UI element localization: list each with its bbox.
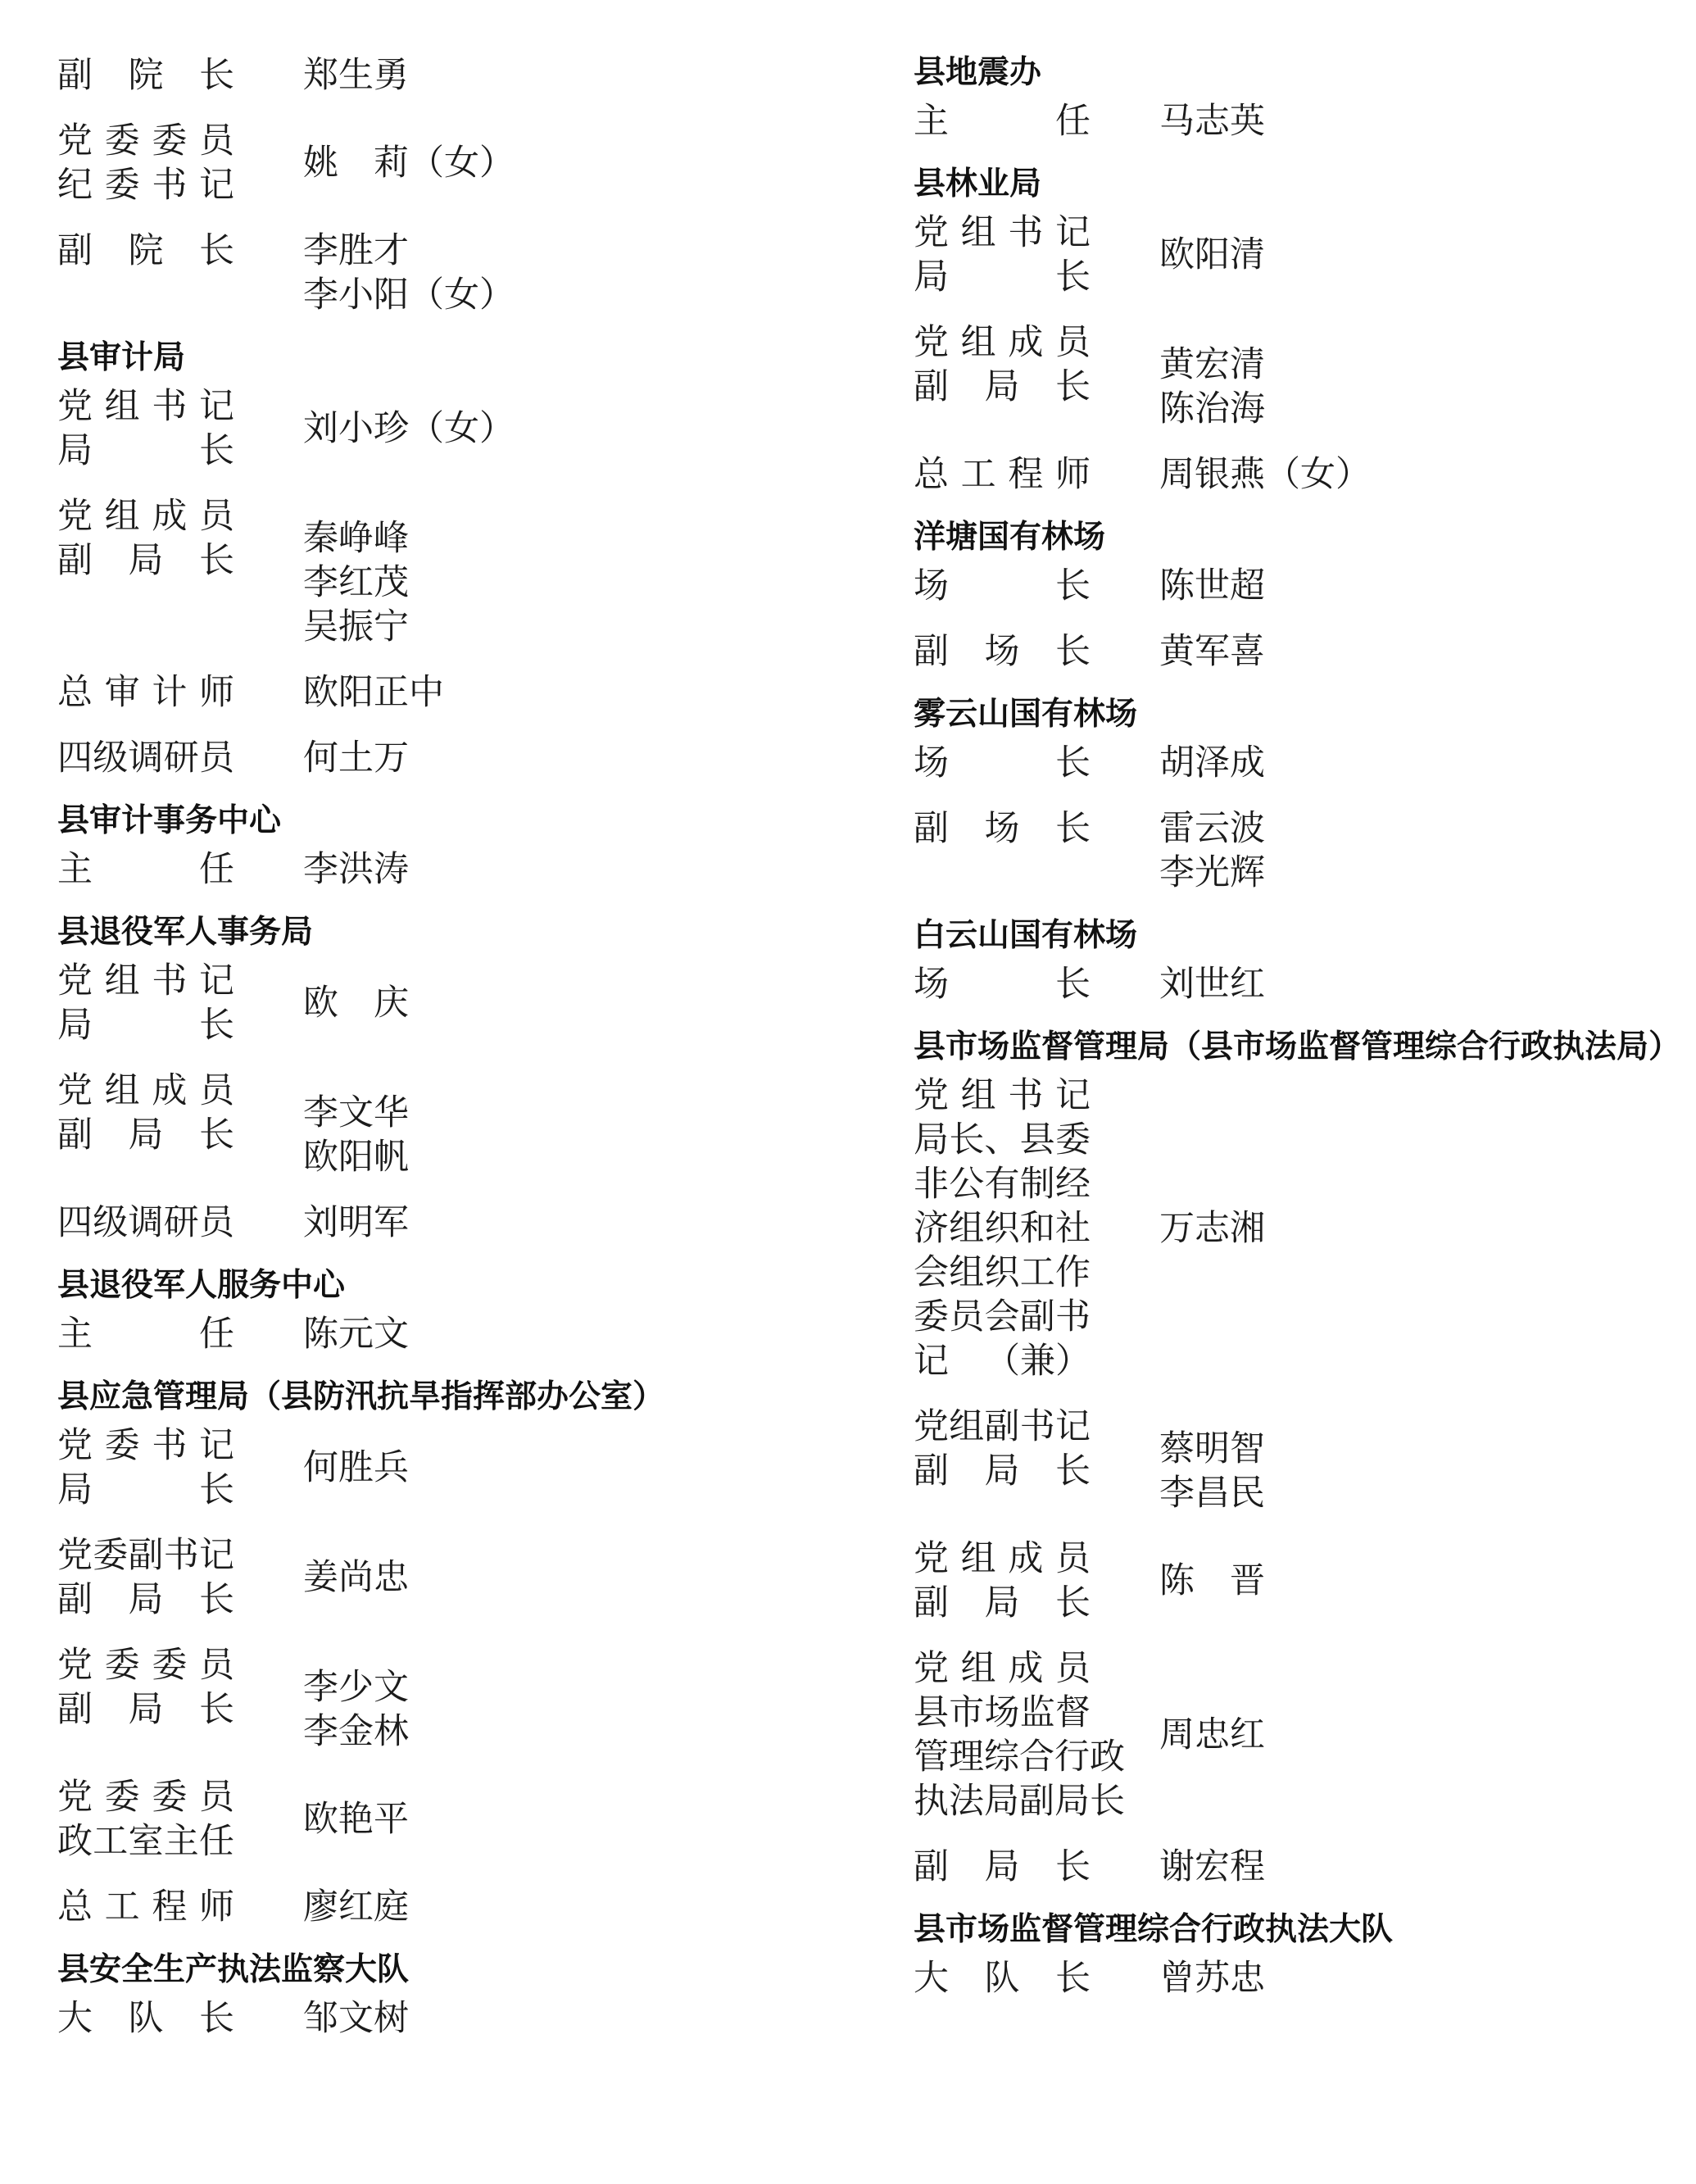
title-block: 总审计师 (57, 671, 234, 715)
person-name: 周忠红 (1159, 1714, 1265, 1758)
entry-row: 场长胡泽成 (914, 742, 1696, 786)
title-glyph-unit: 员 (1055, 1647, 1091, 1691)
title-glyph-unit: 师 (1055, 453, 1091, 497)
title-glyph-unit: 党 (57, 385, 93, 429)
title-line: 会组织工作 (914, 1251, 1091, 1296)
title-glyph-unit: 级 (93, 737, 128, 781)
title-glyph-unit: 局 (129, 1578, 164, 1623)
title-glyph-unit: 党 (914, 321, 949, 366)
title-glyph-unit: 调 (129, 737, 164, 781)
title-glyph-unit: 任 (199, 848, 234, 892)
title-glyph-unit: 院 (129, 54, 164, 98)
person-name: 陈 晋 (1159, 1560, 1265, 1604)
title-line: 场长 (914, 963, 1091, 1007)
person-name: 李光辉 (1159, 851, 1265, 896)
title-line: 四级调研员 (57, 1201, 234, 1246)
person-name: 李胜才 (303, 229, 515, 274)
org-header: 县地震办 (914, 54, 1696, 92)
title-glyph-unit: 公 (949, 1163, 984, 1207)
title-glyph-unit: 局 (57, 429, 93, 474)
person-name: 李红茂 (303, 561, 409, 606)
title-glyph-unit: 长 (1055, 565, 1091, 609)
person-name: 胡泽成 (1159, 742, 1265, 786)
title-glyph-unit: 制 (1020, 1163, 1055, 1207)
title-glyph-unit: 委 (152, 1776, 187, 1820)
title-glyph-unit: 局 (129, 539, 164, 583)
title-glyph-unit: 师 (199, 1886, 234, 1930)
title-line: 党组书记 (914, 211, 1091, 256)
org-header: 县市场监督管理局（县市场监督管理综合行政执法局） (914, 1028, 1696, 1066)
title-glyph-unit: 场 (985, 807, 1020, 851)
entry-row: 副院长李胜才李小阳（女） (57, 229, 856, 318)
title-glyph-unit: 长、 (949, 1119, 1019, 1163)
entry-row: 四级调研员刘明军 (57, 1201, 856, 1246)
title-line: 党组成员 (57, 1069, 234, 1114)
title-glyph-unit: 会 (985, 1296, 1020, 1340)
title-glyph-unit: 副 (57, 1578, 93, 1623)
name-block: 李洪涛 (303, 848, 409, 892)
person-name: 陈治海 (1159, 388, 1265, 432)
title-glyph-unit: 长 (199, 54, 234, 98)
title-glyph-unit: 成 (1008, 321, 1043, 366)
title-glyph-unit: 员 (199, 120, 234, 164)
title-line: 总审计师 (57, 671, 234, 715)
title-glyph-unit: 组 (961, 1074, 996, 1119)
title-glyph-unit: 主 (914, 100, 949, 144)
title-glyph-unit: 员 (199, 1776, 234, 1820)
title-glyph-unit: 记 (199, 164, 234, 208)
person-name: 欧阳正中 (303, 671, 444, 715)
name-block: 欧艳平 (303, 1798, 409, 1842)
entry-row: 党组成员副局长李文华欧阳帆 (57, 1069, 856, 1180)
title-glyph-unit: 员 (199, 737, 234, 781)
name-block: 周银燕（女） (1159, 453, 1371, 497)
title-glyph-unit: 局 (57, 1469, 93, 1513)
person-name: 邹文树 (303, 1997, 409, 2041)
title-glyph-unit: 副 (914, 807, 949, 851)
person-name: 秦峥峰 (303, 517, 409, 561)
title-glyph-unit: 委 (105, 164, 140, 208)
title-glyph-unit: 主 (57, 1313, 93, 1357)
title-glyph-unit: 副 (914, 366, 949, 410)
title-glyph-unit: 组 (949, 1405, 984, 1450)
entry-row: 副场长黄军喜 (914, 630, 1696, 674)
name-block: 胡泽成 (1159, 742, 1265, 786)
title-line: 执法局副局长 (914, 1780, 1091, 1824)
title-glyph-unit: 任 (199, 1820, 234, 1864)
title-glyph-unit: 员 (199, 1644, 234, 1688)
title-glyph-unit: 组 (105, 1069, 140, 1114)
title-glyph-unit: 大 (57, 1997, 93, 2041)
title-glyph-unit: 委 (105, 120, 140, 164)
title-glyph-unit: 党 (57, 960, 93, 1004)
title-block: 党组成员副局长 (914, 1537, 1091, 1626)
title-glyph-unit: 场 (914, 565, 949, 609)
title-glyph-unit: 组 (961, 211, 996, 256)
org-header: 洋塘国有林场 (914, 519, 1696, 556)
name-block: 黄军喜 (1159, 630, 1265, 674)
person-name: 欧阳清 (1159, 234, 1265, 278)
title-block: 副院长 (57, 54, 234, 98)
title-line: 副局长 (57, 1688, 234, 1732)
entry-row: 党委委员政工室主任欧艳平 (57, 1776, 856, 1864)
name-block: 李少文李金林 (303, 1666, 409, 1755)
person-name: 刘小珍（女） (303, 407, 515, 452)
title-glyph-unit: 员 (199, 1069, 234, 1114)
title-glyph-unit: 研 (164, 1201, 199, 1246)
title-glyph-unit: 政 (57, 1820, 93, 1864)
title-block: 副场长 (914, 807, 1091, 851)
title-glyph-unit: 织 (985, 1207, 1020, 1251)
person-name: 姚 莉（女） (303, 142, 515, 186)
title-line: 副局长 (57, 539, 234, 583)
title-line: 政工室主任 (57, 1820, 234, 1864)
title-glyph-unit: 局 (129, 1688, 164, 1732)
title-block: 主任 (57, 1313, 234, 1357)
entry-row: 总工程师周银燕（女） (914, 453, 1696, 497)
title-glyph-unit: 局 (129, 1114, 164, 1158)
title-glyph-unit: 委 (93, 1534, 128, 1578)
person-name: 陈世超 (1159, 565, 1265, 609)
entry-row: 党组成员副局长陈 晋 (914, 1537, 1696, 1626)
title-glyph-unit: 副 (914, 1582, 949, 1626)
org-header: 白云山国有林场 (914, 917, 1696, 955)
title-glyph-unit: 员 (199, 495, 234, 539)
title-glyph-unit: 局 (985, 366, 1020, 410)
title-glyph-unit: 局 (914, 256, 949, 300)
entry-row: 主任马志英 (914, 100, 1696, 144)
title-glyph-unit: 党 (57, 1776, 93, 1820)
title-line: 党组成员 (914, 1647, 1091, 1691)
title-line: 党组书记 (57, 960, 234, 1004)
person-name: 刘世红 (1159, 963, 1265, 1007)
title-block: 党委书记局长 (57, 1424, 234, 1513)
title-glyph-unit: 组 (949, 1251, 984, 1296)
title-glyph-unit: 记 (199, 960, 234, 1004)
title-glyph-unit: 任 (1055, 100, 1091, 144)
title-block: 党组副书记副局长 (914, 1405, 1091, 1494)
person-name: 谢宏程 (1159, 1846, 1265, 1890)
title-glyph-unit: 书 (152, 960, 187, 1004)
title-glyph-unit: 组 (105, 385, 140, 429)
title-glyph-unit: 委 (914, 1296, 949, 1340)
org-header: 县退役军人服务中心 (57, 1267, 856, 1305)
title-glyph-unit: 程 (1008, 453, 1043, 497)
title-line: 副院长 (57, 229, 234, 274)
name-block: 陈元文 (303, 1313, 409, 1357)
title-glyph-unit: 成 (1008, 1537, 1043, 1582)
entry-row: 党组书记局长、县委非公有制经济组织和社会组织工作委员会副书记（兼）万志湘 (914, 1074, 1696, 1384)
title-glyph-unit: 长 (1055, 1846, 1091, 1890)
title-glyph-unit: 记 (1055, 1074, 1091, 1119)
title-line: 主任 (57, 1313, 234, 1357)
title-block: 党委委员副局长 (57, 1644, 234, 1732)
title-glyph-unit: 副 (914, 1450, 949, 1494)
title-glyph-unit: 长 (1055, 256, 1091, 300)
title-line: 副局长 (914, 1582, 1091, 1626)
title-glyph-unit: 师 (199, 671, 234, 715)
title-line: 大队长 (914, 1957, 1091, 2001)
title-glyph-unit: 长 (199, 1469, 234, 1513)
name-block: 刘世红 (1159, 963, 1265, 1007)
entry-row: 党委委员纪委书记姚 莉（女） (57, 120, 856, 208)
title-block: 四级调研员 (57, 737, 234, 781)
title-glyph-unit: 局 (985, 1450, 1020, 1494)
title-glyph-unit: 书 (1020, 1405, 1055, 1450)
title-glyph-unit: 书 (1008, 211, 1043, 256)
name-block: 陈世超 (1159, 565, 1265, 609)
title-glyph-unit: 记 (199, 385, 234, 429)
title-glyph-unit: 长 (199, 539, 234, 583)
entry-row: 党组成员县市场监督管理综合行政执法局副局长周忠红 (914, 1647, 1696, 1824)
title-glyph-unit: 四 (57, 1201, 93, 1246)
title-block: 党组书记局长 (57, 960, 234, 1048)
title-line: 济组织和社 (914, 1207, 1091, 1251)
entry-row: 党组书记局长欧阳清 (914, 211, 1696, 300)
entry-row: 大队长曾苏忠 (914, 1957, 1696, 2001)
title-block: 党组成员副局长 (57, 495, 234, 583)
person-name: 欧 庆 (303, 982, 409, 1026)
directory-column-right: 县地震办主任马志英县林业局党组书记局长欧阳清党组成员副局长黄宏清陈治海总工程师周… (856, 54, 1696, 2184)
title-line: 记（兼） (914, 1340, 1091, 1384)
title-line: 局长、县委 (914, 1119, 1091, 1163)
title-glyph-unit: 记 (914, 1340, 949, 1384)
title-block: 党组书记局长、县委非公有制经济组织和社会组织工作委员会副书记（兼） (914, 1074, 1091, 1384)
title-line: 委员会副书 (914, 1296, 1091, 1340)
title-glyph-unit: 书 (1008, 1074, 1043, 1119)
title-glyph-unit: 研 (164, 737, 199, 781)
title-block: 总工程师 (57, 1886, 234, 1930)
title-glyph-unit: 党 (914, 1647, 949, 1691)
title-glyph-unit: 副 (985, 1405, 1020, 1450)
title-block: 总工程师 (914, 453, 1091, 497)
person-name: 马志英 (1159, 100, 1265, 144)
title-glyph-unit: 长 (1055, 630, 1091, 674)
title-glyph-unit: 记 (199, 1424, 234, 1469)
person-name: 刘明军 (303, 1201, 409, 1246)
directory-column-left: 副院长郑生勇党委委员纪委书记姚 莉（女）副院长李胜才李小阳（女）县审计局党组书记… (0, 54, 856, 2184)
name-block: 姜尚忠 (303, 1556, 409, 1601)
title-glyph-unit: 副 (57, 539, 93, 583)
title-glyph-unit: 书 (164, 1534, 199, 1578)
title-glyph-unit: 和 (1020, 1207, 1055, 1251)
title-line: 党组成员 (914, 321, 1091, 366)
title-glyph-unit: 书 (152, 1424, 187, 1469)
entry-row: 党组副书记副局长蔡明智李昌民 (914, 1405, 1696, 1516)
title-glyph-unit: 副 (57, 54, 93, 98)
title-glyph-unit: 会 (914, 1251, 949, 1296)
title-glyph-unit: 作 (1055, 1251, 1091, 1296)
person-name: 李洪涛 (303, 848, 409, 892)
entry-row: 副局长谢宏程 (914, 1846, 1696, 1890)
title-glyph-unit: 组 (961, 321, 996, 366)
name-block: 廖红庭 (303, 1886, 409, 1930)
title-glyph-unit: 副 (57, 1688, 93, 1732)
org-header: 县安全生产执法监察大队 (57, 1951, 856, 1989)
entry-row: 大队长邹文树 (57, 1997, 856, 2041)
name-block: 谢宏程 (1159, 1846, 1265, 1890)
title-glyph-unit: 长 (199, 429, 234, 474)
name-block: 欧 庆 (303, 982, 409, 1026)
title-block: 党组书记局长 (914, 211, 1091, 300)
title-glyph-unit: 成 (152, 495, 187, 539)
title-line: 总工程师 (914, 453, 1091, 497)
title-glyph-unit: 副 (129, 1534, 164, 1578)
title-line: 党委委员 (57, 1644, 234, 1688)
title-glyph-unit: 长 (1055, 1450, 1091, 1494)
title-glyph-unit: 委 (105, 1644, 140, 1688)
title-glyph-unit: 非 (914, 1163, 949, 1207)
title-glyph-unit: 工 (93, 1820, 128, 1864)
title-glyph-unit: 经 (1055, 1163, 1091, 1207)
title-glyph-unit: 党 (57, 495, 93, 539)
title-glyph-unit: 程 (152, 1886, 187, 1930)
title-line: 副场长 (914, 630, 1091, 674)
title-line: 党委书记 (57, 1424, 234, 1469)
title-glyph-unit: 长 (199, 1688, 234, 1732)
title-glyph-unit: 审 (105, 671, 140, 715)
name-block: 周忠红 (1159, 1714, 1265, 1758)
name-block: 欧阳清 (1159, 234, 1265, 278)
title-glyph-unit: 组 (105, 495, 140, 539)
person-name: 黄军喜 (1159, 630, 1265, 674)
title-line: 局长 (57, 1469, 234, 1513)
title-glyph-unit: 组 (961, 1537, 996, 1582)
title-block: 副局长 (914, 1846, 1091, 1890)
title-glyph-unit: 党 (57, 1069, 93, 1114)
title-glyph-unit: 组 (961, 1647, 996, 1691)
title-line: 党委委员 (57, 120, 234, 164)
title-line: 党组副书记 (914, 1405, 1091, 1450)
title-glyph-unit: 党 (57, 1424, 93, 1469)
entry-row: 党委副书记副局长姜尚忠 (57, 1534, 856, 1623)
entry-row: 主任陈元文 (57, 1313, 856, 1357)
person-name: 黄宏清 (1159, 343, 1265, 388)
person-name: 周银燕（女） (1159, 453, 1371, 497)
title-glyph-unit: 四 (57, 737, 93, 781)
title-glyph-unit: 记 (1055, 1405, 1091, 1450)
title-block: 党委副书记副局长 (57, 1534, 234, 1623)
title-line: 场长 (914, 742, 1091, 786)
title-line: 四级调研员 (57, 737, 234, 781)
title-block: 主任 (57, 848, 234, 892)
person-name: 曾苏忠 (1159, 1957, 1265, 2001)
title-glyph-unit: 总 (57, 671, 93, 715)
person-name: 李文华 (303, 1092, 409, 1136)
title-line: 总工程师 (57, 1886, 234, 1930)
title-glyph-unit: 总 (57, 1886, 93, 1930)
title-glyph-unit: 队 (129, 1997, 164, 2041)
org-header: 雾云山国有林场 (914, 696, 1696, 733)
title-glyph-unit: 社 (1055, 1207, 1091, 1251)
name-block: 蔡明智李昌民 (1159, 1428, 1265, 1516)
title-glyph-unit: 员 (1055, 1537, 1091, 1582)
title-line: 副局长 (914, 366, 1091, 410)
title-glyph-unit: 党 (914, 1537, 949, 1582)
title-line: 局长 (914, 256, 1091, 300)
title-glyph-unit: 工 (961, 453, 996, 497)
title-line: 大队长 (57, 1997, 234, 2041)
person-name: 李昌民 (1159, 1472, 1265, 1516)
title-glyph-unit: 副 (1020, 1296, 1055, 1340)
title-glyph-unit: 党 (57, 1534, 93, 1578)
title-glyph-unit: 长 (1055, 807, 1091, 851)
title-block: 党委委员政工室主任 (57, 1776, 234, 1864)
title-line: 党委副书记 (57, 1534, 234, 1578)
title-glyph-unit: 局 (57, 1004, 93, 1048)
title-block: 大队长 (914, 1957, 1091, 2001)
title-glyph-unit: 县 (1020, 1119, 1055, 1163)
title-line: 副局长 (57, 1578, 234, 1623)
entry-row: 党组成员副局长秦峥峰李红茂吴振宁 (57, 495, 856, 650)
title-glyph-unit: 成 (1008, 1647, 1043, 1691)
entry-row: 党组书记局长刘小珍（女） (57, 385, 856, 474)
person-name: 欧阳帆 (303, 1136, 409, 1180)
title-glyph-unit: 委 (105, 1424, 140, 1469)
entry-row: 总审计师欧阳正中 (57, 671, 856, 715)
personnel-directory-page: 副院长郑生勇党委委员纪委书记姚 莉（女）副院长李胜才李小阳（女）县审计局党组书记… (0, 0, 1696, 2184)
title-line: 非公有制经 (914, 1163, 1091, 1207)
org-header: 县林业局 (914, 166, 1696, 203)
entry-row: 总工程师廖红庭 (57, 1886, 856, 1930)
title-glyph-unit: 场 (985, 630, 1020, 674)
name-block: 刘明军 (303, 1201, 409, 1246)
title-glyph-unit: 局 (914, 1119, 949, 1163)
title-line: 党组成员 (914, 1537, 1091, 1582)
title-glyph-unit: 监 (1020, 1691, 1055, 1736)
title-line: 党组成员 (57, 495, 234, 539)
title-line: 党委委员 (57, 1776, 234, 1820)
title-line: 主任 (57, 848, 234, 892)
title-glyph-unit: 副 (914, 630, 949, 674)
name-block: 何土万 (303, 737, 409, 781)
person-name: 李金林 (303, 1710, 409, 1755)
entry-row: 副场长雷云波李光辉 (914, 807, 1696, 896)
person-name: 万志湘 (1159, 1207, 1265, 1251)
name-block: 李文华欧阳帆 (303, 1092, 409, 1180)
title-block: 副场长 (914, 630, 1091, 674)
title-glyph-unit: 长 (1055, 366, 1091, 410)
person-name: 陈元文 (303, 1313, 409, 1357)
title-glyph-unit: 工 (105, 1886, 140, 1930)
person-name: 何胜兵 (303, 1446, 409, 1491)
title-glyph-unit: 队 (985, 1957, 1020, 2001)
title-glyph-unit: 党 (914, 1405, 949, 1450)
name-block: 秦峥峰李红茂吴振宁 (303, 517, 409, 650)
org-header: 县市场监督管理综合行政执法大队 (914, 1911, 1696, 1949)
title-glyph-unit: 主 (57, 848, 93, 892)
entry-row: 主任李洪涛 (57, 848, 856, 892)
title-line: 局长 (57, 1004, 234, 1048)
title-glyph-unit: 员 (199, 1201, 234, 1246)
title-block: 场长 (914, 565, 1091, 609)
title-glyph-unit: 场 (914, 963, 949, 1007)
title-line: 管理综合行政 (914, 1736, 1091, 1780)
title-line: 副局长 (914, 1450, 1091, 1494)
org-header: 县应急管理局（县防汛抗旱指挥部办公室） (57, 1378, 856, 1416)
title-glyph-unit: 场 (914, 742, 949, 786)
title-glyph-unit: 党 (57, 120, 93, 164)
title-glyph-unit: 织 (985, 1251, 1020, 1296)
title-glyph-unit: 组 (949, 1207, 984, 1251)
title-glyph-unit: 党 (914, 211, 949, 256)
org-header: 县退役军人事务局 (57, 914, 856, 951)
person-name: 雷云波 (1159, 807, 1265, 851)
title-glyph-unit: 副 (57, 1114, 93, 1158)
entry-row: 副院长郑生勇 (57, 54, 856, 98)
name-block: 欧阳正中 (303, 671, 444, 715)
title-glyph-unit: 员 (1055, 321, 1091, 366)
